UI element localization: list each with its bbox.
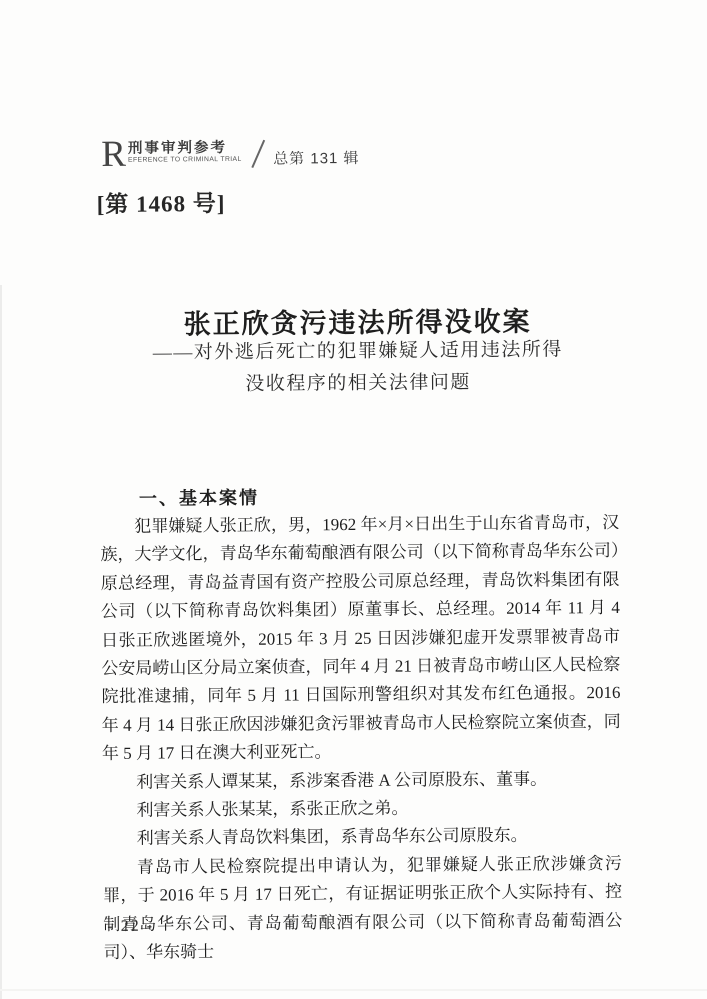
brand-title-chinese: 刑事审判参考: [128, 140, 242, 157]
case-subtitle-line-1: ——对外逃后死亡的犯罪嫌疑人适用违法所得: [99, 334, 617, 370]
scanned-book-page: R 刑事审判参考 EFERENCE TO CRIMINAL TRIAL 总第 1…: [0, 0, 707, 999]
body-text-block: 犯罪嫌疑人张正欣，男，1962 年×月×日出生于山东省青岛市，汉族，大学文化，青…: [100, 509, 623, 968]
paragraph-interested-party-tan: 利害关系人谭某某，系涉案香港 A 公司原股东、董事。: [102, 765, 621, 797]
page-content: R 刑事审判参考 EFERENCE TO CRIMINAL TRIAL 总第 1…: [0, 0, 707, 999]
section-heading-basic-facts: 一、基本案情: [139, 484, 259, 511]
book-brand-header: R 刑事审判参考 EFERENCE TO CRIMINAL TRIAL 总第 1…: [101, 136, 359, 172]
issue-number: 总第 131 辑: [273, 136, 360, 169]
paragraph-interested-party-zhang: 利害关系人张某某，系张正欣之弟。: [102, 793, 621, 825]
brand-title-block: 刑事审判参考 EFERENCE TO CRIMINAL TRIAL: [128, 137, 242, 165]
brand-slash-divider: [252, 140, 265, 168]
paragraph-interested-party-group: 利害关系人青岛饮料集团，系青岛华东公司原股东。: [103, 821, 622, 853]
paragraph-procuratorate-application: 青岛市人民检察院提出申请认为，犯罪嫌疑人张正欣涉嫌贪污罪，于 2016 年 5 …: [103, 850, 623, 968]
page-number: - 22 -: [107, 918, 154, 936]
case-subtitle-line-2: 没收程序的相关法律问题: [99, 366, 617, 402]
brand-title-english: EFERENCE TO CRIMINAL TRIAL: [128, 156, 242, 165]
brand-r-initial: R: [101, 138, 126, 172]
case-subtitle: ——对外逃后死亡的犯罪嫌疑人适用违法所得 没收程序的相关法律问题: [99, 334, 617, 402]
paragraph-suspect-background: 犯罪嫌疑人张正欣，男，1962 年×月×日出生于山东省青岛市，汉族，大学文化，青…: [100, 509, 621, 769]
case-number: [第 1468 号]: [97, 185, 226, 219]
